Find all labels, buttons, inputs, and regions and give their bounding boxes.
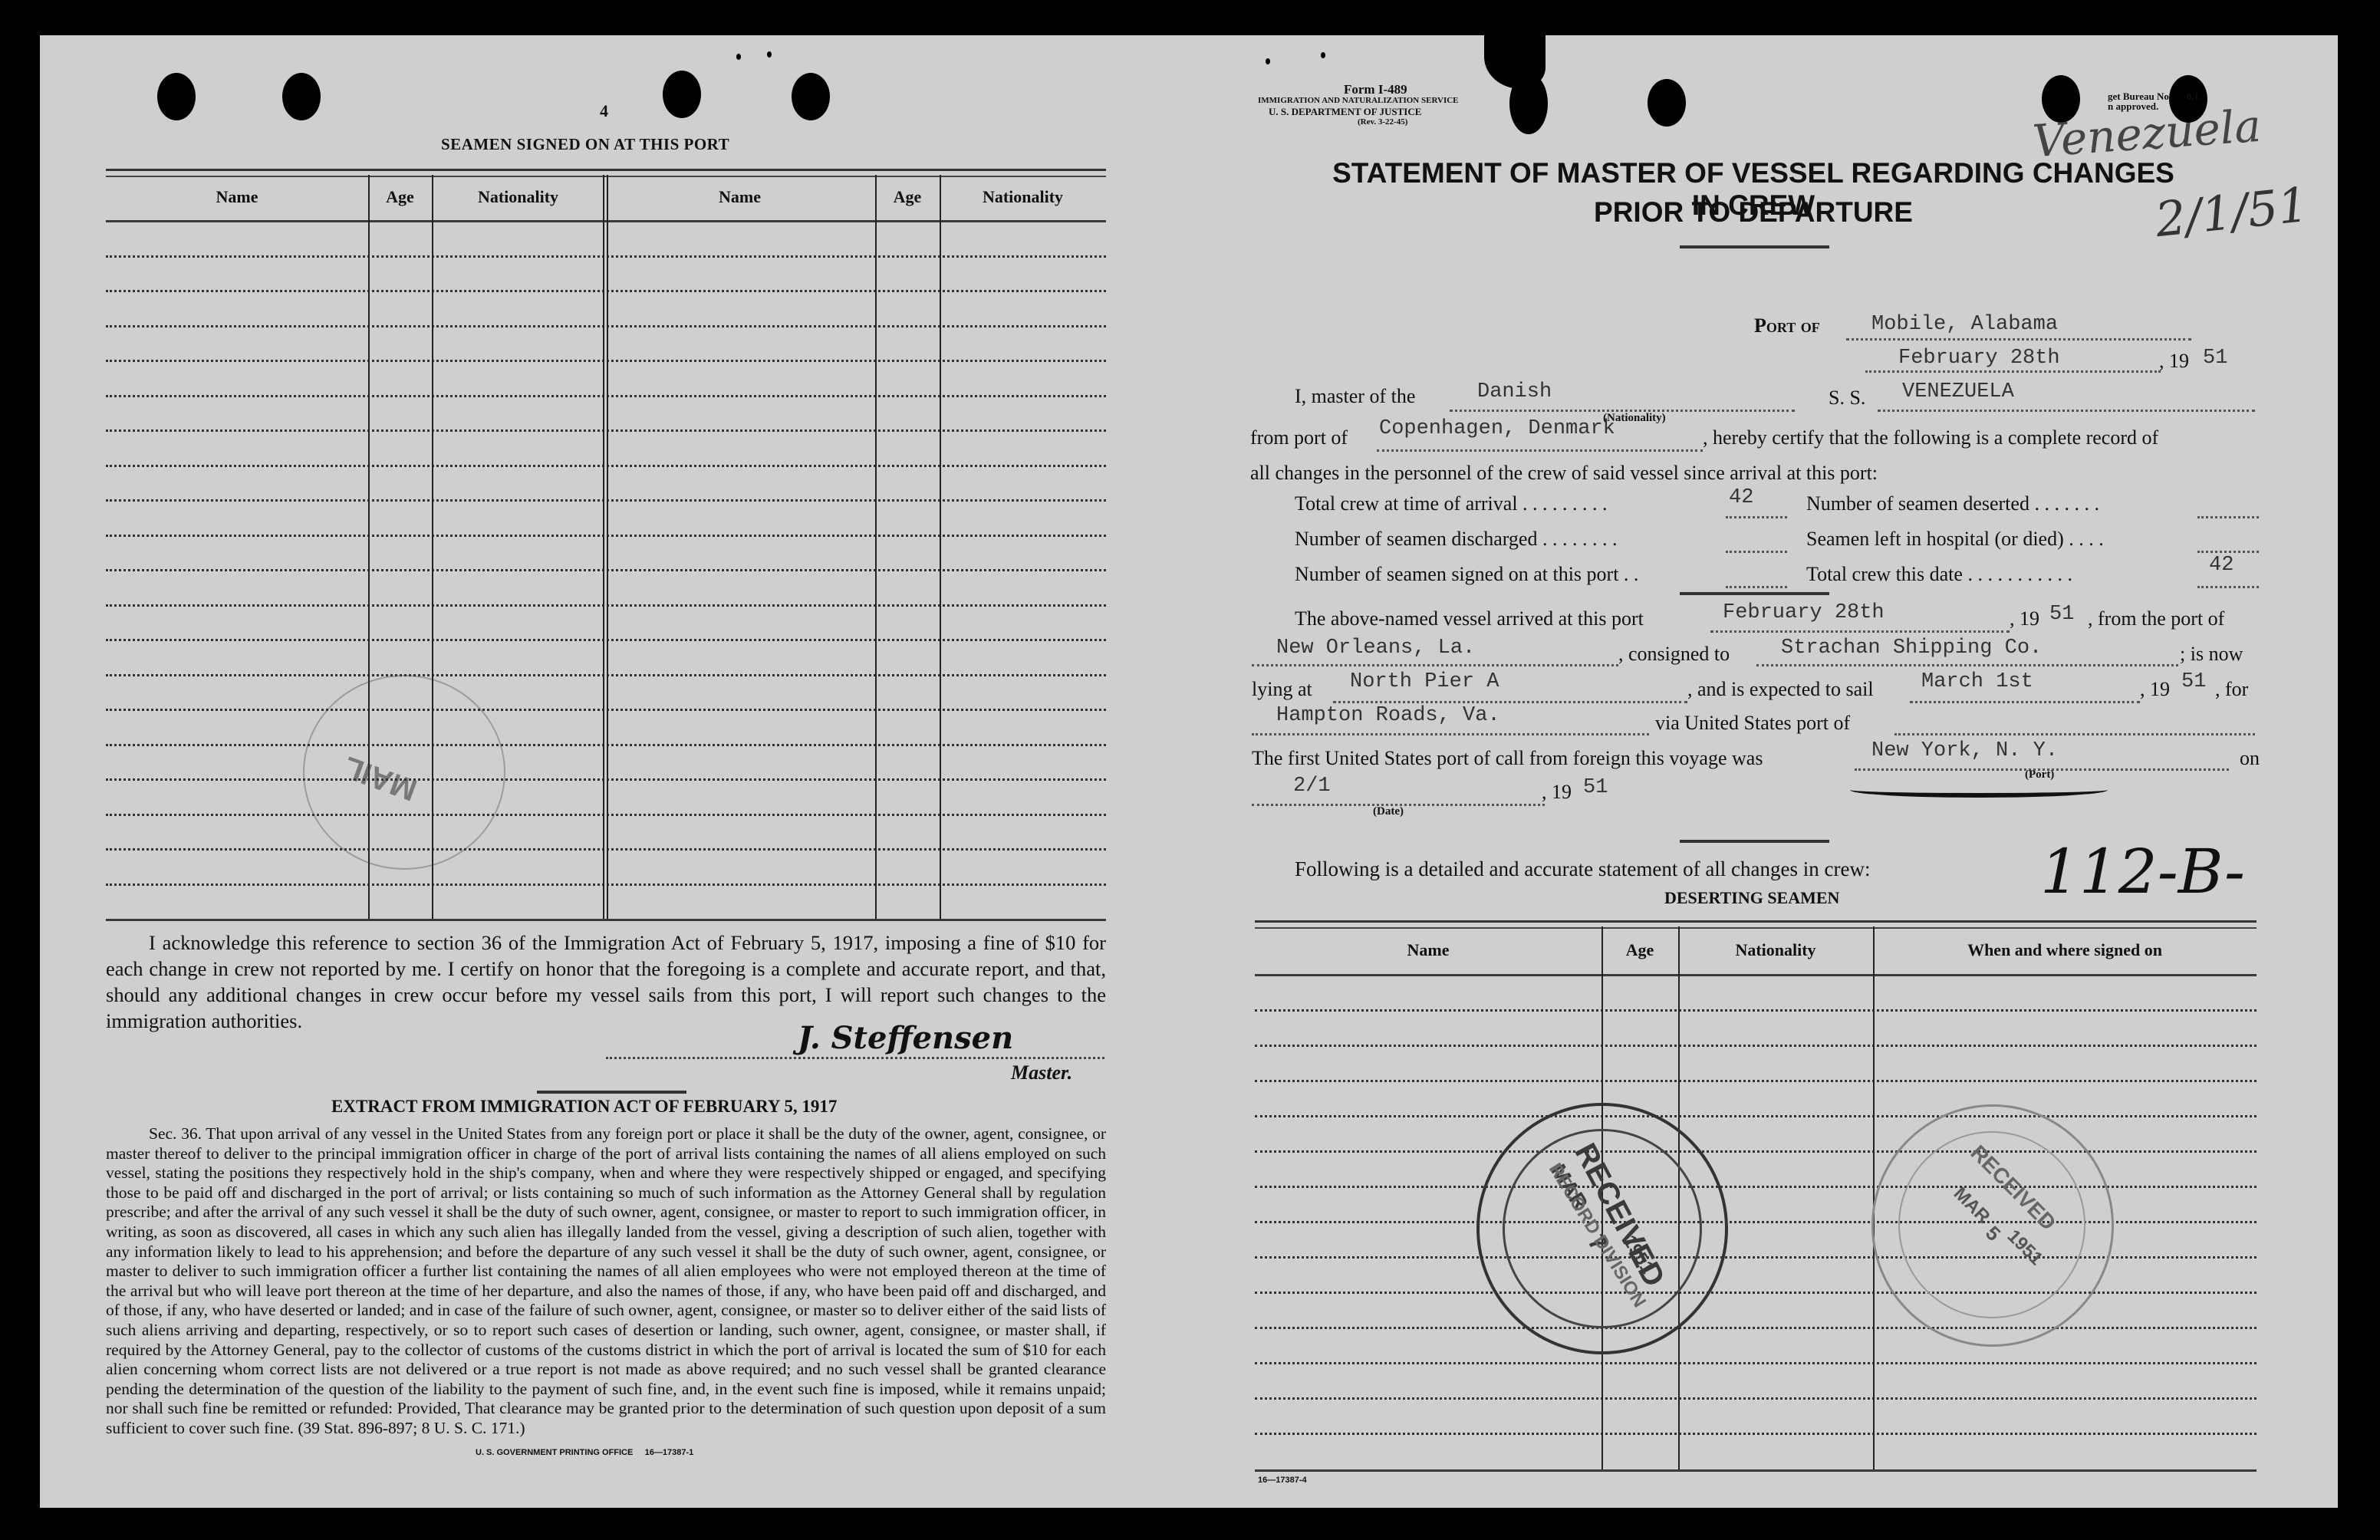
master-signature: J. Steffensen	[798, 1020, 1013, 1056]
vessel-fill-line	[1878, 410, 2255, 412]
col-header-name: Name	[1255, 940, 1601, 960]
for-label: , for	[2215, 678, 2248, 701]
col-header-nationality-2: Nationality	[940, 187, 1106, 207]
divider	[1680, 592, 1829, 595]
discharged-fill	[1726, 551, 1787, 553]
total-date-fill	[2197, 586, 2259, 588]
speck	[767, 51, 772, 58]
punch-hole	[792, 73, 830, 120]
table-row[interactable]	[1255, 1292, 2257, 1294]
table-row[interactable]	[1255, 1150, 2257, 1153]
table-row[interactable]	[1255, 1362, 2257, 1364]
lying-fill	[1333, 701, 1687, 703]
left-table-title: SEAMEN SIGNED ON AT THIS PORT	[441, 135, 729, 154]
col-header-when-where: When and where signed on	[1873, 940, 2257, 960]
port-caption: (Port)	[2025, 768, 2054, 782]
received-stamp: RECEIVED MAR 5 1951	[1871, 1104, 2114, 1347]
ss-label: S. S.	[1829, 387, 1865, 410]
from-port-fill-line	[1377, 449, 1703, 452]
table-row[interactable]	[1255, 1080, 2257, 1082]
total-date-label: Total crew this date . . . . . . . . . .…	[1806, 563, 2072, 586]
statement-intro: Following is a detailed and accurate sta…	[1295, 857, 1870, 881]
punch-hole	[1648, 79, 1686, 127]
total-arrival-value[interactable]: 42	[1729, 486, 1753, 509]
vessel-value[interactable]: VENEZUELA	[1902, 380, 2014, 403]
divider	[1680, 245, 1829, 248]
table-row[interactable]	[1255, 1327, 2257, 1329]
handwritten-file-number: 112-B-	[2040, 836, 2245, 907]
table-bottom-rule	[1255, 1469, 2257, 1472]
speck	[1266, 58, 1270, 64]
stamp-text: MAIL	[339, 749, 421, 808]
col-header-age-2: Age	[875, 187, 940, 207]
deserted-fill	[2197, 516, 2259, 518]
handwritten-underline	[1850, 782, 2108, 798]
first-date-value[interactable]: 2/1	[1293, 775, 1331, 798]
extract-title: EXTRACT FROM IMMIGRATION ACT OF FEBRUARY…	[331, 1097, 837, 1117]
master-label: I, master of the	[1295, 385, 1415, 408]
col-divider	[940, 175, 941, 919]
col-header-name-2: Name	[604, 187, 875, 207]
divider	[1680, 840, 1829, 843]
acknowledgement-text: I acknowledge this reference to section …	[106, 930, 1106, 1034]
right-table-title: DESERTING SEAMEN	[1664, 888, 1839, 908]
sail-label: , and is expected to sail	[1687, 678, 1874, 701]
year-prefix: , 19	[2159, 350, 2189, 373]
via-fill	[1894, 733, 2255, 735]
deserted-label: Number of seamen deserted . . . . . . .	[1806, 492, 2099, 515]
date-year[interactable]: 51	[2203, 347, 2227, 370]
total-date-value[interactable]: 42	[2209, 554, 2234, 577]
is-now-label: ; is now	[2180, 643, 2243, 666]
table-row[interactable]	[1255, 1433, 2257, 1435]
table-bottom-rule	[106, 919, 1106, 921]
discharged-label: Number of seamen discharged . . . . . . …	[1295, 528, 1617, 551]
agency-line-2: U. S. DEPARTMENT OF JUSTICE	[1269, 106, 1421, 118]
first-year[interactable]: 51	[1583, 776, 1608, 799]
arrived-fill	[1710, 630, 2010, 633]
col-divider-double	[603, 175, 608, 919]
certify-text-2: all changes in the personnel of the crew…	[1250, 462, 1878, 485]
first-port-label: The first United States port of call fro…	[1252, 747, 1763, 770]
extract-text: Sec. 36. That upon arrival of any vessel…	[106, 1124, 1106, 1439]
header-bottom-rule	[1255, 974, 2257, 976]
received-stamp-record-division: RECEIVED MAR 7 1951 RECORD DIVISION	[1476, 1103, 1728, 1354]
lying-value[interactable]: North Pier A	[1350, 670, 1499, 693]
date-caption: (Date)	[1373, 805, 1404, 818]
punch-hole	[663, 71, 701, 118]
hospital-fill	[2197, 551, 2259, 553]
origin-port-value[interactable]: New Orleans, La.	[1276, 637, 1475, 660]
destination-fill	[1252, 733, 1649, 735]
destination-value[interactable]: Hampton Roads, Va.	[1276, 704, 1500, 727]
speck	[736, 54, 741, 60]
port-label: Port of	[1754, 314, 1820, 337]
sail-fill	[1910, 701, 2140, 703]
punch-hole	[157, 73, 196, 120]
revision: (Rev. 3-22-45)	[1358, 117, 1407, 127]
total-arrival-fill	[1726, 516, 1787, 518]
from-port-value[interactable]: Copenhagen, Denmark	[1379, 417, 1615, 440]
table-row[interactable]	[1255, 1397, 2257, 1400]
from-port-label: from port of	[1250, 426, 1348, 449]
arrived-year[interactable]: 51	[2049, 603, 2074, 626]
first-port-value[interactable]: New York, N. Y.	[1871, 739, 2058, 762]
sail-year[interactable]: 51	[2181, 670, 2206, 693]
table-row[interactable]	[1255, 1045, 2257, 1047]
master-label: Master.	[1011, 1061, 1072, 1084]
consigned-label: , consigned to	[1618, 643, 1730, 666]
sail-value[interactable]: March 1st	[1921, 670, 2033, 693]
nationality-value[interactable]: Danish	[1477, 380, 1552, 403]
signed-on-label: Number of seamen signed on at this port …	[1295, 563, 1638, 586]
table-row[interactable]	[1255, 1115, 2257, 1117]
origin-port-fill	[1252, 664, 1618, 666]
date-value[interactable]: February 28th	[1898, 347, 2060, 370]
consignee-value[interactable]: Strachan Shipping Co.	[1781, 637, 2042, 660]
speck	[1321, 52, 1325, 58]
seamen-signed-on-table: Name Age Nationality Name Age Nationalit…	[106, 169, 1106, 922]
date-fill-line	[1865, 370, 2161, 373]
faint-mail-stamp: MAIL	[303, 675, 505, 870]
arrived-value[interactable]: February 28th	[1723, 601, 1885, 624]
first-year-prefix: , 19	[1542, 781, 1572, 804]
port-value[interactable]: Mobile, Alabama	[1871, 313, 2058, 336]
signed-on-fill	[1726, 586, 1787, 588]
col-header-nationality: Nationality	[1678, 940, 1873, 960]
table-row[interactable]	[1255, 1009, 2257, 1012]
certify-text: , hereby certify that the following is a…	[1703, 426, 2158, 449]
sail-year-prefix: , 19	[2140, 678, 2170, 701]
port-fill-line	[1846, 338, 2191, 341]
divider	[537, 1091, 686, 1094]
col-header-age: Age	[368, 187, 432, 207]
form-title-line-2: PRIOR TO DEPARTURE	[1318, 196, 2189, 229]
col-header-name: Name	[106, 187, 368, 207]
on-label: on	[2240, 747, 2260, 770]
printer-code: 16—17387-4	[1258, 1476, 1307, 1485]
consignee-fill	[1756, 664, 2178, 666]
hospital-label: Seamen left in hospital (or died) . . . …	[1806, 528, 2104, 551]
total-arrival-label: Total crew at time of arrival . . . . . …	[1295, 492, 1608, 515]
arrived-year-prefix: , 19	[2010, 607, 2039, 630]
signature-line	[606, 1057, 1104, 1059]
printer-line: U. S. GOVERNMENT PRINTING OFFICE 16—1738…	[476, 1448, 693, 1457]
col-divider	[875, 175, 877, 919]
lying-label: lying at	[1252, 678, 1312, 701]
form-id: Form I-489	[1344, 82, 1407, 97]
col-header-age: Age	[1601, 940, 1678, 960]
agency-line-1: Immigration and Naturalization Service	[1258, 96, 1459, 105]
from-the-port-label: , from the port of	[2088, 607, 2224, 630]
table-top-rule	[1255, 920, 2257, 929]
via-label: via United States port of	[1655, 712, 1850, 735]
punch-hole	[282, 73, 321, 120]
col-header-nationality: Nationality	[432, 187, 604, 207]
arrived-label: The above-named vessel arrived at this p…	[1295, 607, 1644, 630]
page-number: 4	[600, 101, 608, 121]
